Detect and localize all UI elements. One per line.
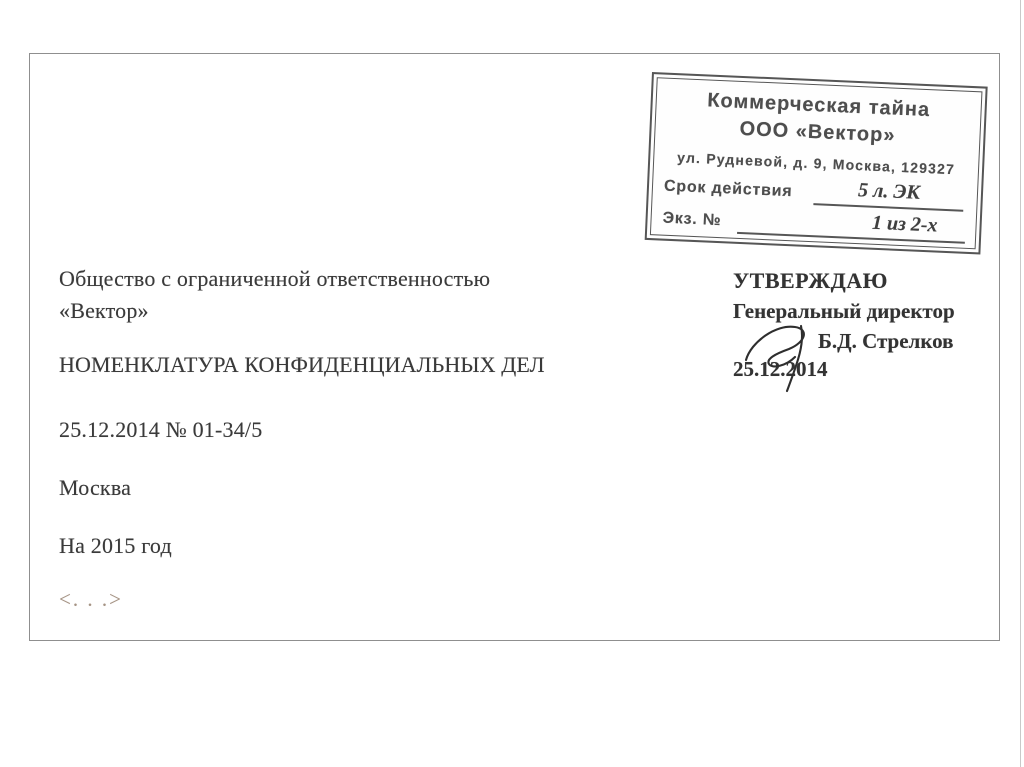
commercial-secret-stamp: Коммерческая тайна ООО «Вектор» ул. Рудн… [645,72,988,254]
approval-date: 25.12.2014 [733,357,828,382]
approval-heading: УТВЕРЖДАЮ [733,268,888,294]
document-scan: Коммерческая тайна ООО «Вектор» ул. Рудн… [0,0,1024,767]
scan-edge-line [1020,0,1021,767]
approval-name: Б.Д. Стрелков [818,329,953,354]
org-name-line1: Общество с ограниченной ответственностью [59,266,490,292]
omission-mark: <. . .> [59,587,123,612]
org-name-line2: «Вектор» [59,298,149,324]
document-date-number: 25.12.2014 № 01-34/5 [59,417,262,443]
stamp-copy-label: Экз. № [662,210,722,231]
document-city: Москва [59,475,131,501]
document-period: На 2015 год [59,533,172,559]
document-title: НОМЕНКЛАТУРА КОНФИДЕНЦИАЛЬНЫХ ДЕЛ [59,352,545,378]
approval-position: Генеральный директор [733,299,955,324]
